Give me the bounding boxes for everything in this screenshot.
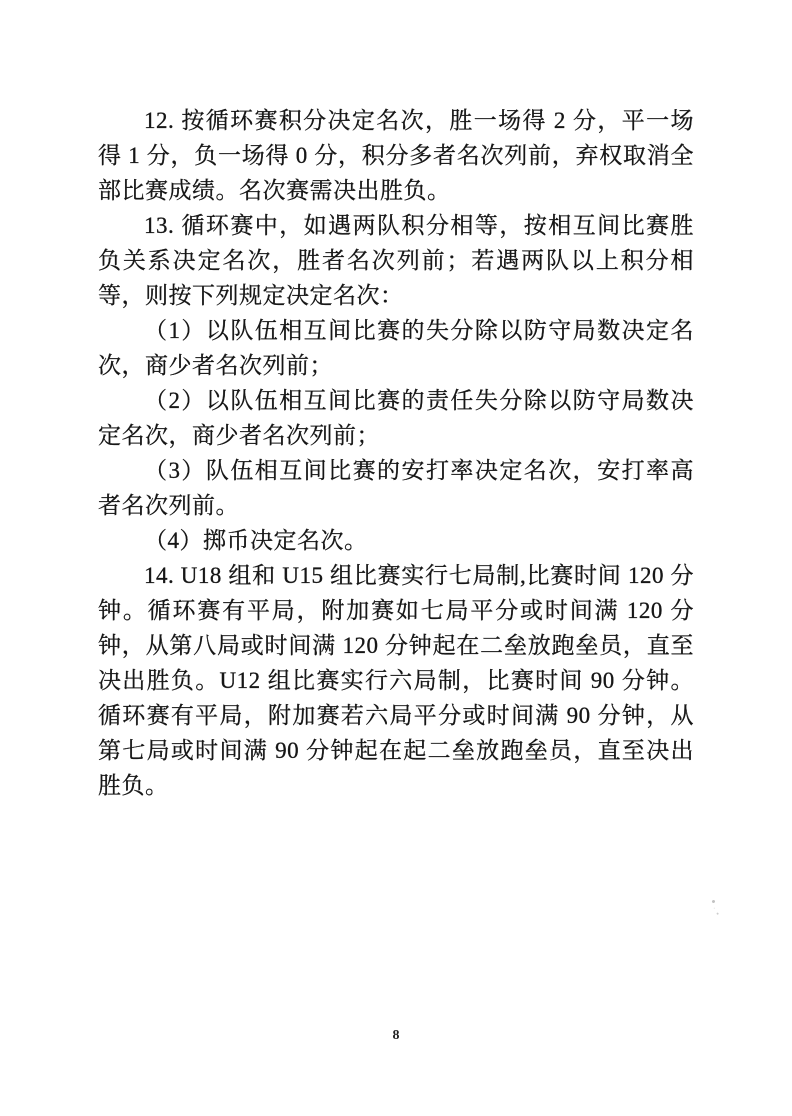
document-body: 12. 按循环赛积分决定名次，胜一场得 2 分，平一场得 1 分，负一场得 0 … (98, 103, 694, 803)
scanned-document-page: 12. 按循环赛积分决定名次，胜一场得 2 分，平一场得 1 分，负一场得 0 … (0, 0, 792, 1116)
paragraph-rule-13-item-3: （3）队伍相互间比赛的安打率决定名次，安打率高者名次列前。 (98, 453, 694, 523)
page-number: 8 (0, 1028, 792, 1044)
paragraph-rule-13-item-1: （1）以队伍相互间比赛的失分除以防守局数决定名次，商少者名次列前； (98, 313, 694, 383)
paragraph-rule-14: 14. U18 组和 U15 组比赛实行七局制,比赛时间 120 分钟。循环赛有… (98, 558, 694, 803)
scan-smudge-mark (712, 900, 716, 904)
paragraph-rule-12: 12. 按循环赛积分决定名次，胜一场得 2 分，平一场得 1 分，负一场得 0 … (98, 103, 694, 208)
paragraph-rule-13-item-2: （2）以队伍相互间比赛的责任失分除以防守局数决定名次，商少者名次列前； (98, 383, 694, 453)
paragraph-rule-13-item-4: （4）掷币决定名次。 (98, 523, 694, 558)
paragraph-rule-13: 13. 循环赛中，如遇两队积分相等，按相互间比赛胜负关系决定名次，胜者名次列前；… (98, 208, 694, 313)
